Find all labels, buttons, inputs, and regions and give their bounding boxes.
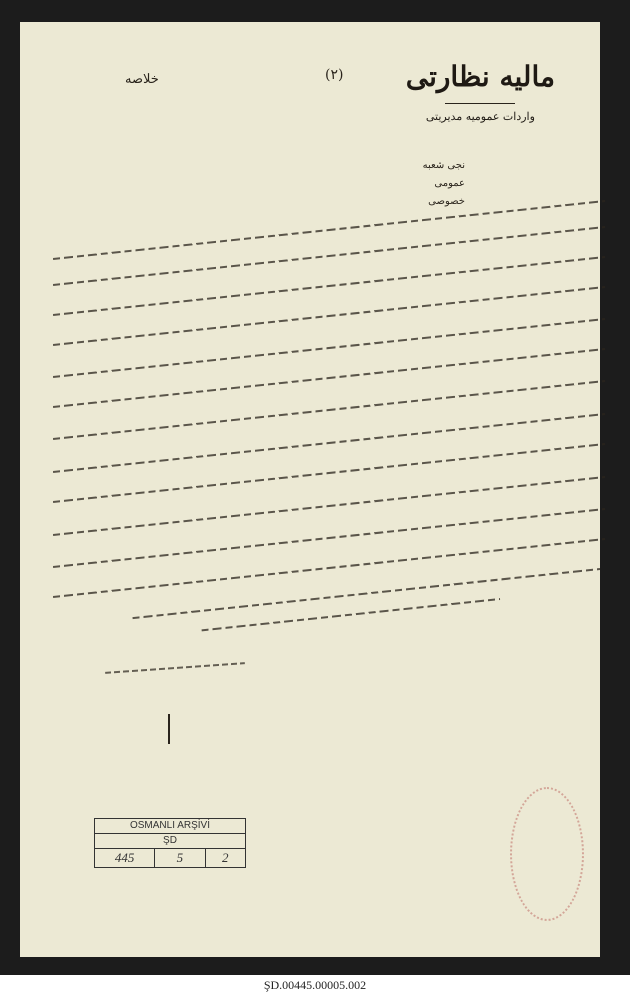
archive-box: 445 <box>95 849 155 867</box>
letterhead: مالیه نظارتی واردات عمومیه مدیریتی <box>406 60 555 123</box>
archive-stamp: OSMANLI ARŞİVİ ŞD 445 5 2 <box>94 818 246 868</box>
date-signature-line <box>105 657 245 679</box>
side-label: نجی شعبه <box>423 157 465 175</box>
letterhead-title: مالیه نظارتی <box>406 60 555 93</box>
side-label: عمومی <box>423 175 465 193</box>
seal-stamp <box>510 787 584 921</box>
divider <box>445 103 515 104</box>
archive-file: 5 <box>155 849 205 867</box>
summary-label: خلاصه <box>125 72 159 87</box>
archive-page: 2 <box>206 849 245 867</box>
document-page: خلاصه (٢) مالیه نظارتی واردات عمومیه مدی… <box>20 22 600 957</box>
archive-title: OSMANLI ARŞİVİ <box>95 819 245 834</box>
page-number: (٢) <box>325 67 343 83</box>
signature-mark <box>168 714 170 744</box>
document-id-caption: ŞD.00445.00005.002 <box>0 978 630 993</box>
letterhead-subtitle: واردات عمومیه مدیریتی <box>406 110 555 123</box>
side-labels: نجی شعبه عمومی خصوصی <box>423 157 465 211</box>
archive-collection: ŞD <box>95 834 245 849</box>
